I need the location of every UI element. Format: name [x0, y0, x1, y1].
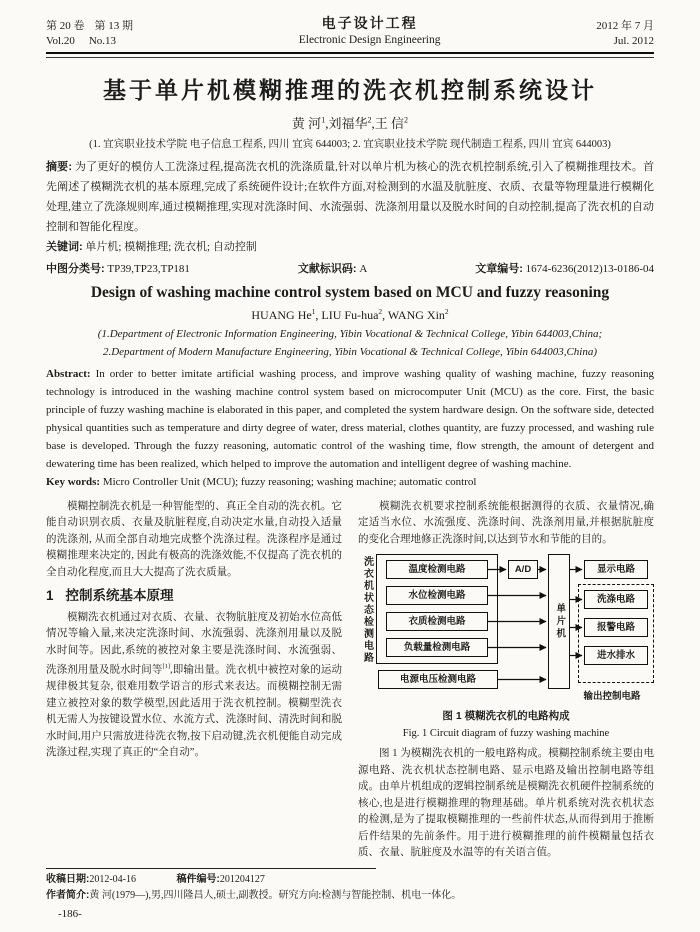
abstract-en-label: Abstract: [46, 368, 91, 380]
abstract-en: Abstract: In order to better imitate art… [46, 365, 654, 473]
affiliation-en: (1.Department of Electronic Information … [46, 326, 654, 360]
manuscript-id: 稿件编号:201204127 [177, 874, 265, 885]
requirements-paragraph: 模糊洗衣机要求控制系统能根据测得的衣质、衣量情况,确定适当水位、水流强度、洗涤时… [358, 499, 654, 549]
paper-title-en: Design of washing machine control system… [46, 284, 654, 302]
right-column: 模糊洗衣机要求控制系统能根据测得的衣质、衣量情况,确定适当水位、水流强度、洗涤时… [358, 499, 654, 862]
keywords-en-label: Key words: [46, 476, 100, 488]
abstract-en-text: In order to better imitate artificial wa… [46, 368, 654, 470]
footnote-rule [46, 868, 376, 869]
abstract-cn-label: 摘要: [46, 161, 72, 173]
author-name: 王 信 [375, 116, 404, 131]
figure-1-diagram: 洗衣机状态检测电路 温度检测电路 水位检测电路 衣质检测电路 负载量检测电路 电… [358, 554, 651, 704]
left-column: 模糊控制洗衣机是一种智能型的、真正全自动的洗衣机。它能自动识别衣质、衣量及肮脏程… [46, 499, 342, 862]
footnote-dates: 收稿日期:2012-04-16 稿件编号:201204127 [46, 872, 654, 888]
date-cn: 2012 年 7 月 [596, 19, 654, 34]
abstract-cn-text: 为了更好的模仿人工洗涤过程,提高洗衣机的洗涤质量,针对以单片机为核心的洗衣机控制… [46, 161, 654, 233]
author-bio: 作者简介:黄 河(1979—),男,四川隆昌人,硕士,副教授。研究方向:检测与智… [46, 888, 654, 904]
date-en: Jul. 2012 [596, 34, 654, 49]
figure-discussion-paragraph: 图 1 为模糊洗衣机的一般电路构成。模糊控制系统主要由电源电路、洗衣机状态控制电… [358, 746, 654, 862]
number-en: No.13 [89, 35, 116, 47]
journal-date: 2012 年 7 月 Jul. 2012 [596, 19, 654, 49]
affiliation-en-line1: (1.Department of Electronic Information … [46, 326, 654, 343]
footnote-block: 收稿日期:2012-04-16 稿件编号:201204127 作者简介:黄 河(… [46, 868, 654, 924]
article-meta: 中图分类号: TP39,TP23,TP181 文献标识码: A 文章编号: 16… [46, 260, 654, 276]
volume-cn: 第 20 卷 [46, 20, 85, 32]
author-name: HUANG He [251, 308, 311, 322]
received-date: 收稿日期:2012-04-16 [46, 874, 136, 885]
author-name: 黄 河 [292, 116, 321, 131]
section-number: 1 [46, 588, 54, 603]
issue-line-cn: 第 20 卷第 13 期 [46, 19, 143, 34]
section-title: 控制系统基本原理 [66, 588, 174, 603]
volume-en: Vol.20 [46, 35, 75, 47]
author-name: LIU Fu-hua [321, 308, 378, 322]
paper-title-cn: 基于单片机模糊推理的洗衣机控制系统设计 [46, 72, 654, 105]
keywords-en-text: Micro Controller Unit (MCU); fuzzy reaso… [103, 476, 477, 488]
abstract-cn: 摘要: 为了更好的模仿人工洗涤过程,提高洗衣机的洗涤质量,针对以单片机为核心的洗… [46, 157, 654, 237]
keywords-cn-text: 单片机; 模糊推理; 洗衣机; 自动控制 [85, 241, 256, 253]
author-affil-mark: 2 [404, 116, 408, 125]
author-name: WANG Xin [388, 308, 445, 322]
affiliation-en-line2: 2.Department of Modern Manufacture Engin… [46, 344, 654, 361]
journal-issue: 第 20 卷第 13 期 Vol.20No.13 [46, 19, 143, 49]
figure-1: 洗衣机状态检测电路 温度检测电路 水位检测电路 衣质检测电路 负载量检测电路 电… [358, 554, 654, 742]
issue-line-en: Vol.20No.13 [46, 34, 143, 49]
paper-page: 第 20 卷第 13 期 Vol.20No.13 电子设计工程 Electron… [0, 0, 700, 932]
page-number: -186- [46, 906, 654, 924]
authors-en: HUANG He1, LIU Fu-hua2, WANG Xin2 [46, 307, 654, 323]
keywords-en: Key words: Micro Controller Unit (MCU); … [46, 473, 654, 491]
figure-1-caption-en: Fig. 1 Circuit diagram of fuzzy washing … [358, 726, 654, 743]
article-id: 文章编号: 1674-6236(2012)13-0186-04 [475, 260, 654, 276]
journal-name: 电子设计工程 Electronic Design Engineering [299, 14, 441, 48]
body-columns: 模糊控制洗衣机是一种智能型的、真正全自动的洗衣机。它能自动识别衣质、衣量及肮脏程… [46, 499, 654, 862]
section-1-heading: 1控制系统基本原理 [46, 588, 342, 605]
author-affil-mark: 2 [445, 307, 449, 316]
header-rule [46, 52, 654, 58]
figure-1-caption-cn: 图 1 模糊洗衣机的电路构成 [358, 708, 654, 725]
keywords-cn-label: 关键词: [46, 241, 83, 253]
keywords-cn: 关键词: 单片机; 模糊推理; 洗衣机; 自动控制 [46, 237, 654, 257]
journal-name-cn: 电子设计工程 [299, 14, 441, 33]
authors-cn: 黄 河1,刘福华2,王 信2 [46, 113, 654, 132]
clc-number: 中图分类号: TP39,TP23,TP181 [46, 260, 190, 276]
citation-mark: [1] [162, 663, 170, 670]
intro-paragraph: 模糊控制洗衣机是一种智能型的、真正全自动的洗衣机。它能自动识别衣质、衣量及肮脏程… [46, 499, 342, 582]
journal-header: 第 20 卷第 13 期 Vol.20No.13 电子设计工程 Electron… [46, 14, 654, 48]
figure-arrows [358, 554, 651, 704]
affiliation-cn: (1. 宜宾职业技术学院 电子信息工程系, 四川 宜宾 644003; 2. 宜… [46, 136, 654, 151]
section-1-paragraph: 模糊洗衣机通过对衣质、衣量、衣物肮脏度及初始水位高低情况等输入量,来决定洗涤时间… [46, 610, 342, 762]
journal-name-en: Electronic Design Engineering [299, 33, 441, 49]
number-cn: 第 13 期 [95, 20, 134, 32]
author-name: 刘福华 [328, 116, 367, 131]
document-code: 文献标识码: A [298, 260, 367, 276]
